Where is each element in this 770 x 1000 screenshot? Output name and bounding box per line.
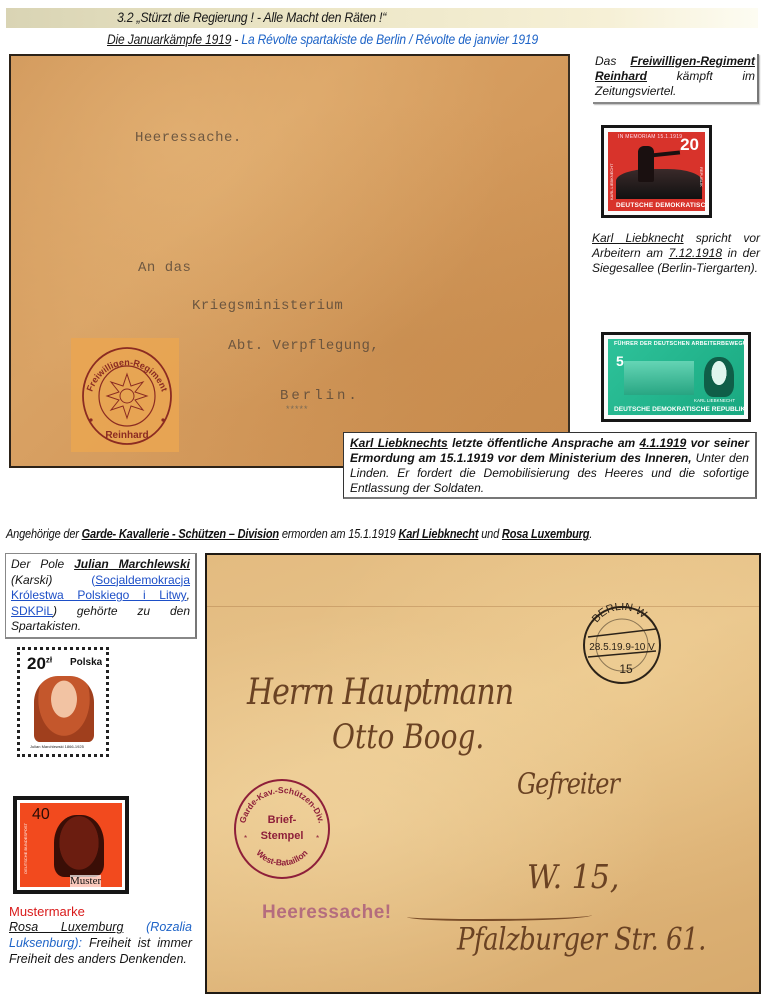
stamp-value: 5 xyxy=(616,353,624,369)
date: 7.12.1918 xyxy=(669,246,722,260)
name-liebknechts: Karl Liebknechts xyxy=(350,436,448,450)
stamp-side-text: DEUTSCHE BUNDESPOST xyxy=(23,823,28,874)
stamp-face: IN MEMORIAM 15.1.1919 20 KARL LIEBKNECHT… xyxy=(608,132,705,211)
stamp-value: 20 xyxy=(680,135,699,155)
typed-line: Kriegsministerium xyxy=(192,298,343,314)
stamp-country: Polska xyxy=(70,657,102,668)
stamp-face: 20zł Polska Julian Marchlewski 1866-1925 xyxy=(24,654,102,750)
date: 4.1.1919 xyxy=(640,436,687,450)
stamp-bottom-text: DEUTSCHE DEMOKRATISCHE xyxy=(616,202,705,209)
handwritten-address: W. 15, xyxy=(527,858,619,897)
name-luxemburg: Rosa Luxemburg xyxy=(9,920,123,934)
muster-overprint: Muster xyxy=(70,875,101,887)
stamp-bottom-text: DEUTSCHE DEMOKRATISCHE REPUBLIK xyxy=(614,406,744,413)
handwritten-address: Otto Boog. xyxy=(332,717,484,757)
speech-scene xyxy=(624,361,694,395)
page-title: 3.2 „Stürzt die Regierung ! - Alle Macht… xyxy=(117,9,386,25)
murder-caption: Angehörige der Garde- Kavallerie - Schüt… xyxy=(6,527,592,541)
typed-line: Berlin. xyxy=(280,388,360,404)
flap-fold xyxy=(207,606,759,607)
typed-line: Heeressache. xyxy=(135,130,242,146)
value-unit: zł xyxy=(46,655,52,664)
stamp-value: 20zł xyxy=(27,654,52,674)
seal-text-bottom: Reinhard xyxy=(105,430,148,441)
postmark-district: 15 xyxy=(619,662,633,676)
caption-text: . xyxy=(589,527,592,541)
name-liebknecht: Karl Liebknecht xyxy=(398,527,478,541)
stamp-name: KARL LIEBKNECHT xyxy=(694,398,735,403)
party-abbr-link[interactable]: SDKPiL xyxy=(11,604,53,618)
caption-text: Angehörige der xyxy=(6,527,82,541)
seal-center-1: Brief- xyxy=(268,814,297,826)
name-marchlewski: Julian Marchlewski xyxy=(74,557,190,571)
typed-line: Abt. Verpflegung, xyxy=(228,338,379,354)
note-text: letzte öffentliche Ansprache am xyxy=(448,436,640,450)
caption-text: und xyxy=(478,527,502,541)
cover-garde-envelope: BERLIN W 28.5.19.9-10 V 15 Herrn Hauptma… xyxy=(205,553,761,994)
berlin-postmark-icon: BERLIN W 28.5.19.9-10 V 15 xyxy=(580,603,664,687)
subtitle-separator: - xyxy=(231,31,241,47)
regiment-seal-icon: Freiwilligen-Regiment Reinhard xyxy=(77,338,177,448)
orator-arm xyxy=(650,150,680,157)
svg-text:*: * xyxy=(244,834,247,843)
portrait xyxy=(34,676,94,742)
stamp-value: 40 xyxy=(32,806,50,824)
stamp-bundespost-luxemburg: 40 DEUTSCHE BUNDESPOST Muster xyxy=(13,796,129,894)
division-name: Garde- Kavallerie - Schützen – Division xyxy=(82,527,279,541)
handwritten-address: Gefreiter xyxy=(517,767,619,801)
svg-text:*: * xyxy=(316,834,319,843)
value-number: 20 xyxy=(27,654,46,673)
stamp-ddr-liebknecht-portrait: FÜHRER DER DEUTSCHEN ARBEITERBEWEGUNG 5 … xyxy=(601,332,751,422)
crowd-illustration xyxy=(616,169,702,199)
caption-text: ermorden am 15.1.1919 xyxy=(279,527,398,541)
caption-luxemburg: Rosa Luxemburg (Rozalia Luksenburg): Fre… xyxy=(9,919,192,967)
portrait xyxy=(54,815,104,877)
stamp-top-text: IN MEMORIAM 15.1.1919 xyxy=(618,134,682,140)
note-marchlewski: Der Pole Julian Marchlewski (Karski) (So… xyxy=(5,553,197,639)
handwritten-address: Pfalzburger Str. 61. xyxy=(457,922,706,958)
stamp-side-text: KARL LIEBKNECHT xyxy=(609,140,616,200)
note-text: Der Pole xyxy=(11,557,74,571)
typed-stars: ***** xyxy=(286,404,309,414)
note-text: (Karski) xyxy=(11,573,91,587)
orator-figure xyxy=(638,146,654,182)
stamp-polska-marchlewski: 20zł Polska Julian Marchlewski 1866-1925 xyxy=(17,647,109,757)
subtitle-french: La Révolte spartakiste de Berlin / Révol… xyxy=(241,31,538,47)
stamp-face: 40 DEUTSCHE BUNDESPOST Muster xyxy=(20,803,122,887)
stamp-side-text-right: REPUBLIK xyxy=(699,167,704,187)
handwritten-underline xyxy=(407,911,592,921)
division-seal-icon: Garde-Kav.-Schützen-Div. Brief- Stempel … xyxy=(232,777,332,881)
mustermarke-label: Mustermarke xyxy=(9,904,85,919)
postmark-date: 28.5.19.9-10 V xyxy=(589,642,655,653)
portrait xyxy=(704,357,734,397)
typed-line: An das xyxy=(138,260,191,276)
note-reinhard: Das Freiwilligen-Regiment Reinhard kämpf… xyxy=(593,54,759,104)
note-last-speech: Karl Liebknechts letzte öffentliche Ansp… xyxy=(343,432,757,499)
stamp-top-text: FÜHRER DER DEUTSCHEN ARBEITERBEWEGUNG xyxy=(614,341,744,347)
subtitle-german: Die Januarkämpfe 1919 xyxy=(107,31,231,47)
cover-reinhard-envelope: Heeressache. An das Kriegsministerium Ab… xyxy=(9,54,570,468)
seal-center-2: Stempel xyxy=(261,830,304,842)
name-liebknecht: Karl Liebknecht xyxy=(592,231,684,245)
svg-text:West-Bataillon: West-Bataillon xyxy=(254,848,309,868)
seal-text-bottom: West-Bataillon xyxy=(254,848,309,868)
heeressache-handstamp: Heeressache! xyxy=(262,902,392,924)
stamp-caption: Julian Marchlewski 1866-1925 xyxy=(30,744,84,749)
page-subtitle: Die Januarkämpfe 1919 - La Révolte spart… xyxy=(107,31,538,47)
caption-liebknecht-speech: Karl Liebknecht spricht vor Arbeitern am… xyxy=(592,231,760,276)
handwritten-address: Herrn Hauptmann xyxy=(247,672,513,714)
note-text: Das xyxy=(595,54,630,68)
note-text: , xyxy=(187,588,190,602)
stamp-face: FÜHRER DER DEUTSCHEN ARBEITERBEWEGUNG 5 … xyxy=(608,339,744,415)
name-luxemburg: Rosa Luxemburg xyxy=(502,527,589,541)
stamp-ddr-liebknecht-memoriam: IN MEMORIAM 15.1.1919 20 KARL LIEBKNECHT… xyxy=(601,125,712,218)
